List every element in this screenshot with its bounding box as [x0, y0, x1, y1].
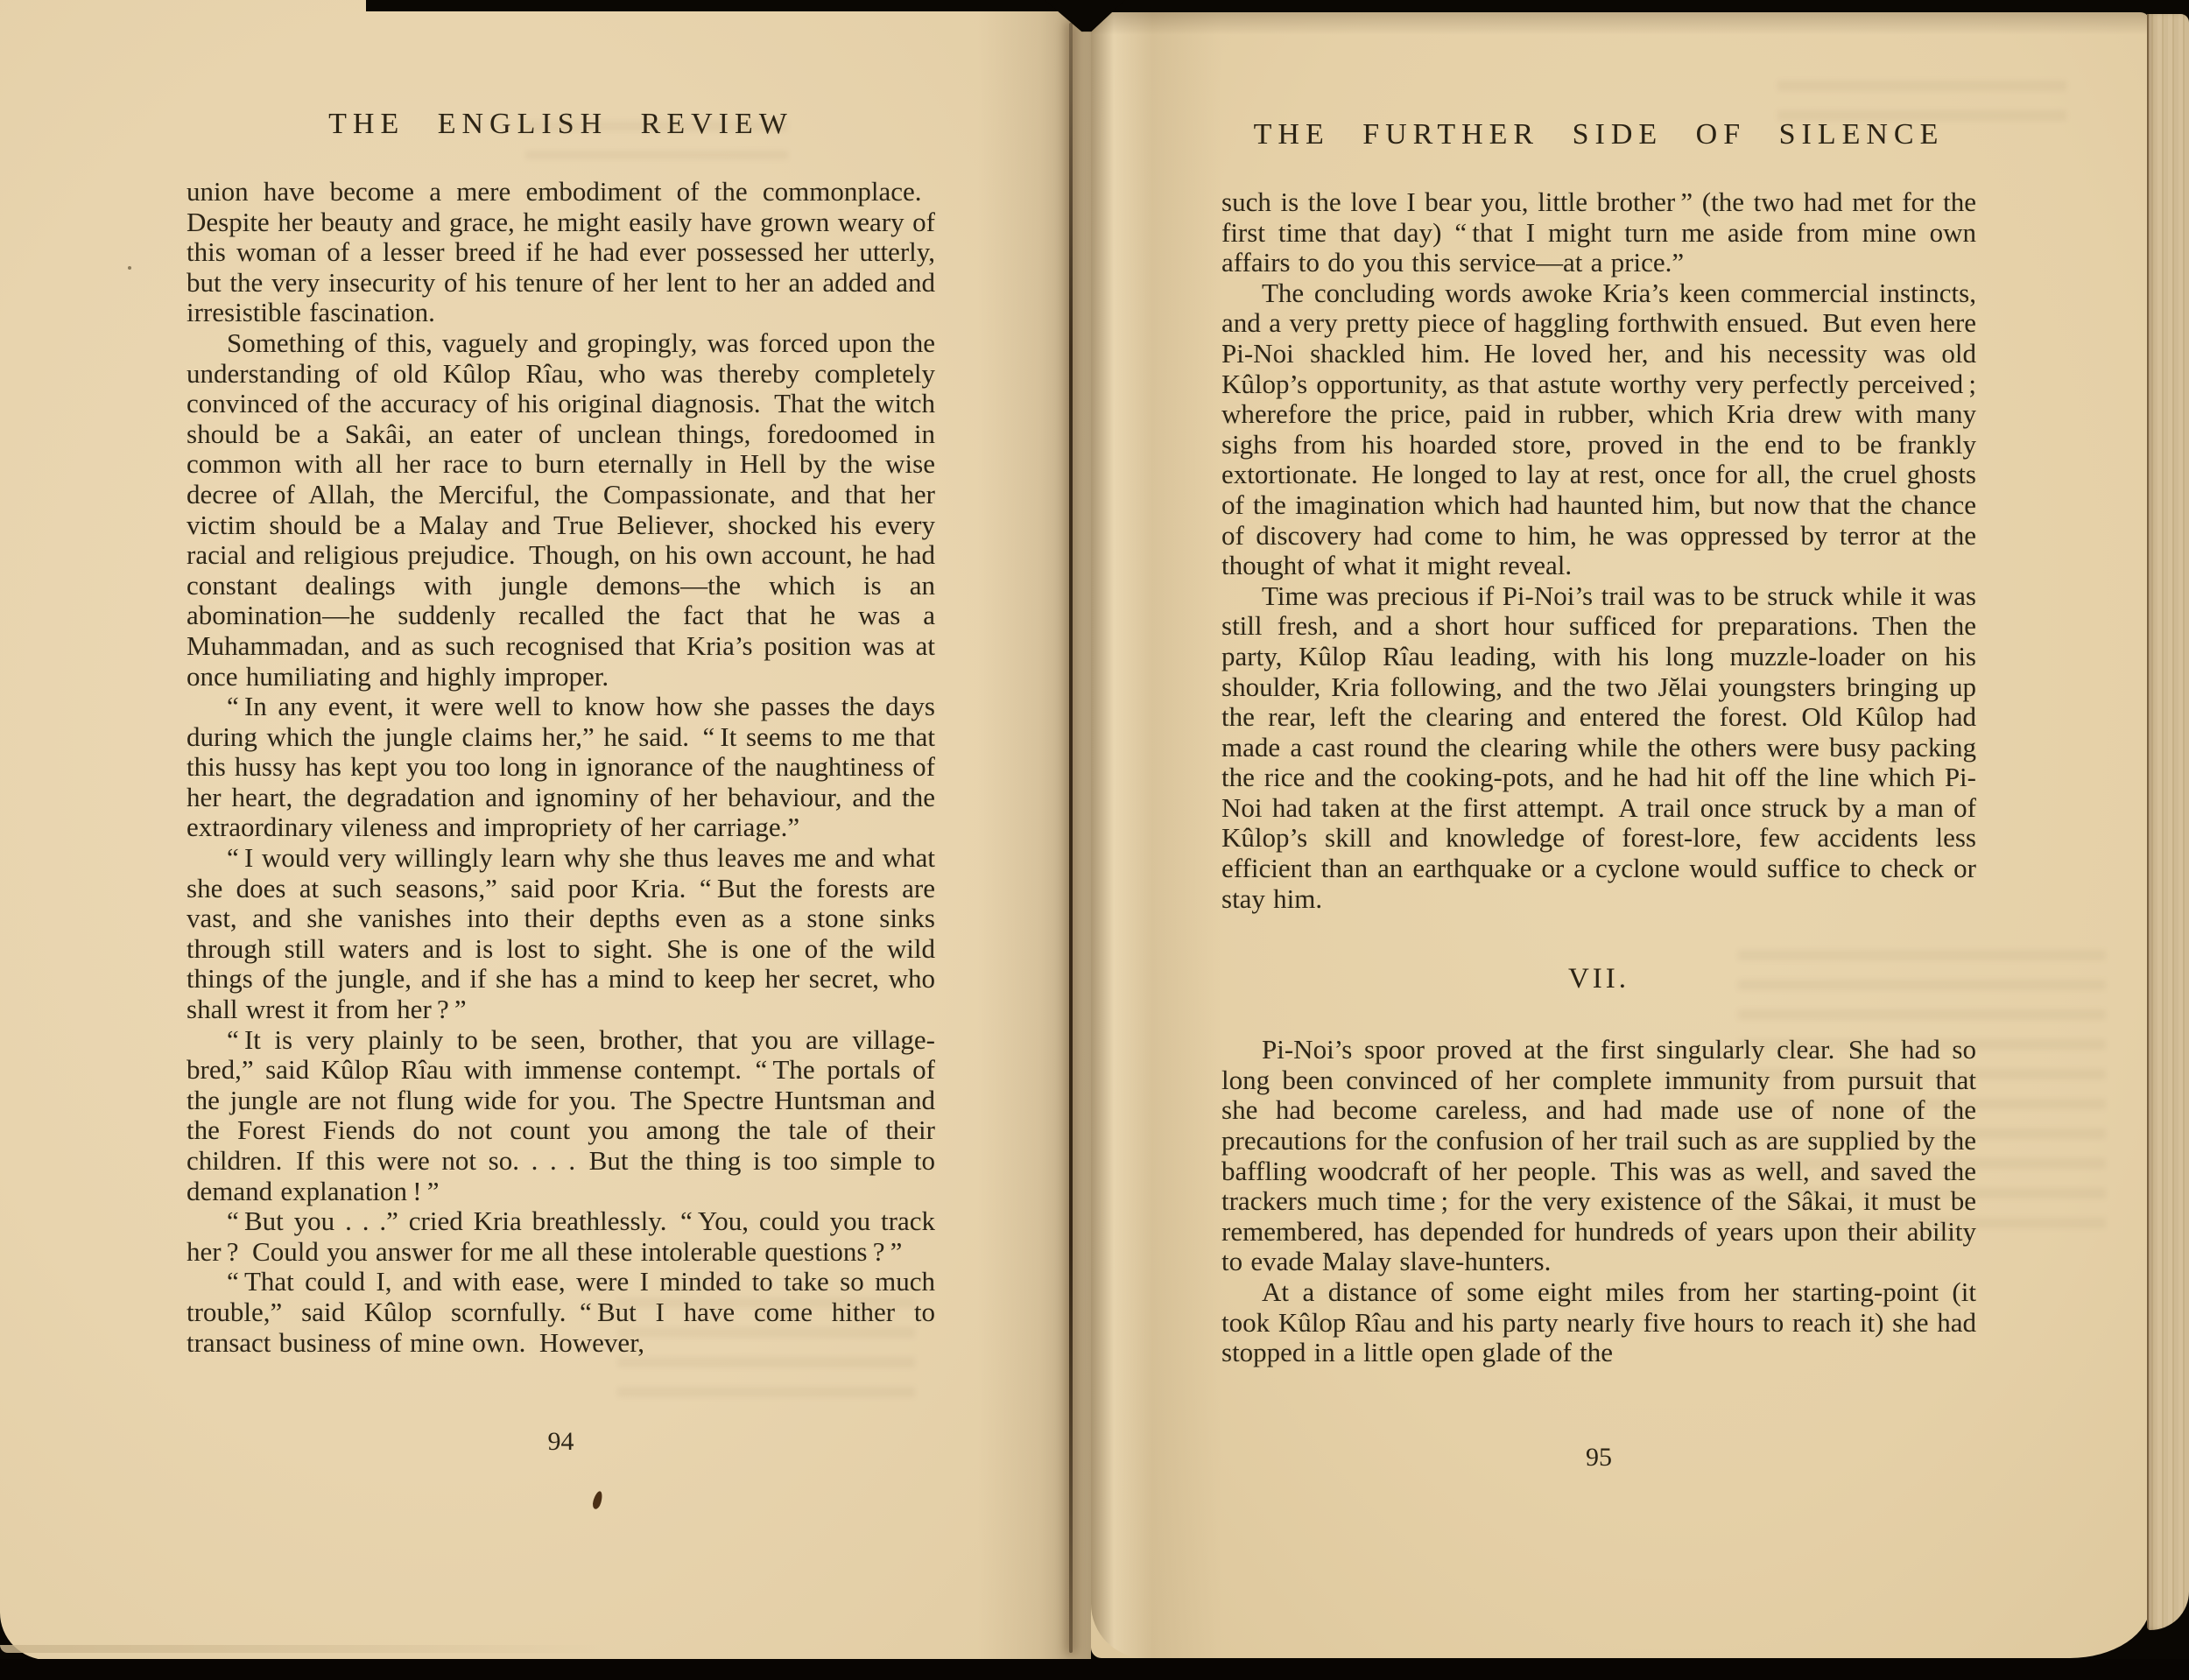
under-page-edge	[0, 1645, 604, 1653]
paragraph: Pi-Noi’s spoor proved at the first singu…	[1221, 1035, 1976, 1277]
fore-edge-page-stack	[2147, 14, 2189, 1630]
right-page-text-column: THE FURTHER SIDE OF SILENCE such is the …	[1221, 116, 1976, 1368]
photo-frame-top	[366, 0, 2189, 11]
paragraph: Something of this, vaguely and gropingly…	[187, 328, 935, 692]
paragraph: “ But you . . .” cried Kria breathlessly…	[187, 1206, 935, 1267]
left-page-text-column: THE ENGLISH REVIEW union have become a m…	[187, 105, 935, 1358]
left-page: THE ENGLISH REVIEW union have become a m…	[0, 0, 1091, 1660]
chapter-heading: VII.	[1221, 963, 1976, 995]
running-header-left: THE ENGLISH REVIEW	[187, 105, 935, 144]
ink-fleck	[591, 1490, 603, 1510]
paragraph: “ That could I, and with ease, were I mi…	[187, 1267, 935, 1358]
page-number-left: 94	[187, 1427, 935, 1457]
paragraph: The concluding words awoke Kria’s keen c…	[1221, 278, 1976, 581]
paragraph: “ I would very willingly learn why she t…	[187, 843, 935, 1025]
paper-speck	[128, 266, 131, 270]
paragraph: At a distance of some eight miles from h…	[1221, 1277, 1976, 1368]
running-header-right: THE FURTHER SIDE OF SILENCE	[1221, 116, 1976, 154]
open-book-photo: THE ENGLISH REVIEW union have become a m…	[0, 0, 2189, 1680]
paragraph: Time was precious if Pi-Noi’s trail was …	[1221, 581, 1976, 915]
paragraph: union have become a mere embodiment of t…	[187, 177, 935, 328]
paragraph: “ In any event, it were well to know how…	[187, 692, 935, 843]
book-gutter-crease	[1069, 23, 1073, 1653]
right-page: THE FURTHER SIDE OF SILENCE such is the …	[1091, 12, 2150, 1658]
page-number-right: 95	[1221, 1443, 1976, 1473]
paragraph: such is the love I bear you, little brot…	[1221, 187, 1976, 278]
paragraph: “ It is very plainly to be seen, brother…	[187, 1025, 935, 1207]
photo-frame-bottom	[0, 1659, 2189, 1680]
